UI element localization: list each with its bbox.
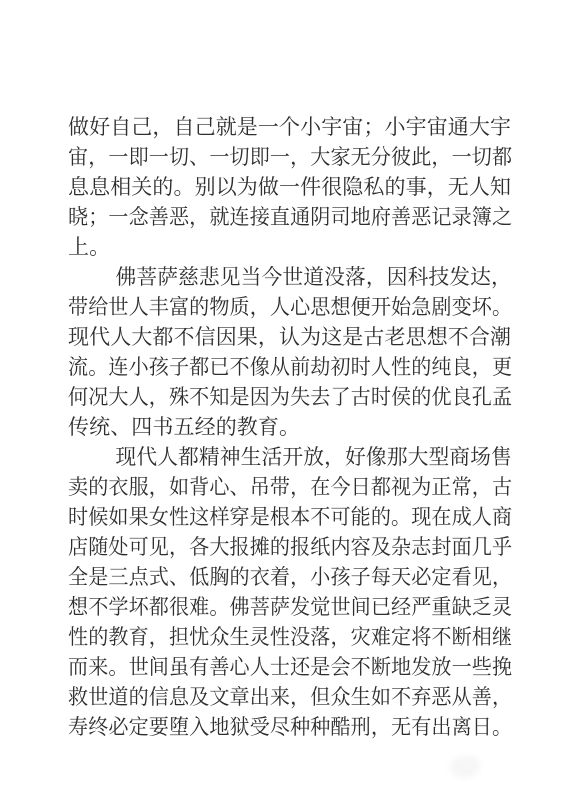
text-line: 店随处可见，各大报摊的报纸内容及杂志封面几乎 [68, 533, 493, 563]
paragraph: 做好自己，自己就是一个小宇宙；小宇宙通大宇宙，一即一切、一切即一，大家无分彼此，… [68, 113, 512, 263]
paragraph: 佛菩萨慈悲见当今世道没落，因科技发达，带给世人丰富的物质，人心思想便开始急剧变坏… [68, 263, 512, 443]
text-line: 而来。世间虽有善心人士还是会不断地发放一些挽 [68, 653, 493, 683]
text-line: 救世道的信息及文章出来，但众生如不弃恶从善， [68, 683, 493, 713]
text-line: 息息相关的。别以为做一件很隐私的事，无人知 [68, 173, 512, 203]
text-line: 何况大人，殊不知是因为失去了古时侯的优良孔孟 [68, 383, 493, 413]
document-page: 做好自己，自己就是一个小宇宙；小宇宙通大宇宙，一即一切、一切即一，大家无分彼此，… [0, 0, 580, 787]
text-line: 佛菩萨慈悲见当今世道没落，因科技发达， [68, 263, 507, 293]
text-line: 流。连小孩子都已不像从前劫初时人性的纯良，更 [68, 353, 493, 383]
text-line: 寿终必定要堕入地狱受尽种种酷刑，无有出离日。 [68, 713, 493, 743]
text-line: 现代人都精神生活开放，好像那大型商场售 [68, 443, 507, 473]
watermark-smudge [450, 756, 480, 778]
text-line: 宙，一即一切、一切即一，大家无分彼此，一切都 [68, 143, 493, 173]
text-line: 时候如果女性这样穿是根本不可能的。现在成人商 [68, 503, 493, 533]
text-line: 晓；一念善恶，就连接直通阴司地府善恶记录簿之 [68, 203, 493, 233]
paragraph: 现代人都精神生活开放，好像那大型商场售卖的衣服，如背心、吊带，在今日都视为正常，… [68, 443, 512, 743]
text-line: 传统、四书五经的教育。 [68, 413, 512, 443]
text-line: 全是三点式、低胸的衣着，小孩子每天必定看见， [68, 563, 493, 593]
text-line: 卖的衣服，如背心、吊带，在今日都视为正常，古 [68, 473, 493, 503]
text-line: 上。 [68, 233, 512, 263]
text-line: 性的教育，担忧众生灵性没落，灾难定将不断相继 [68, 623, 493, 653]
text-column: 做好自己，自己就是一个小宇宙；小宇宙通大宇宙，一即一切、一切即一，大家无分彼此，… [68, 113, 512, 743]
text-line: 现代人大都不信因果，认为这是古老思想不合潮 [68, 323, 512, 353]
text-line: 做好自己，自己就是一个小宇宙；小宇宙通大宇 [68, 113, 512, 143]
text-line: 想不学坏都很难。佛菩萨发觉世间已经严重缺乏灵 [68, 593, 493, 623]
text-line: 带给世人丰富的物质，人心思想便开始急剧变坏。 [68, 293, 493, 323]
